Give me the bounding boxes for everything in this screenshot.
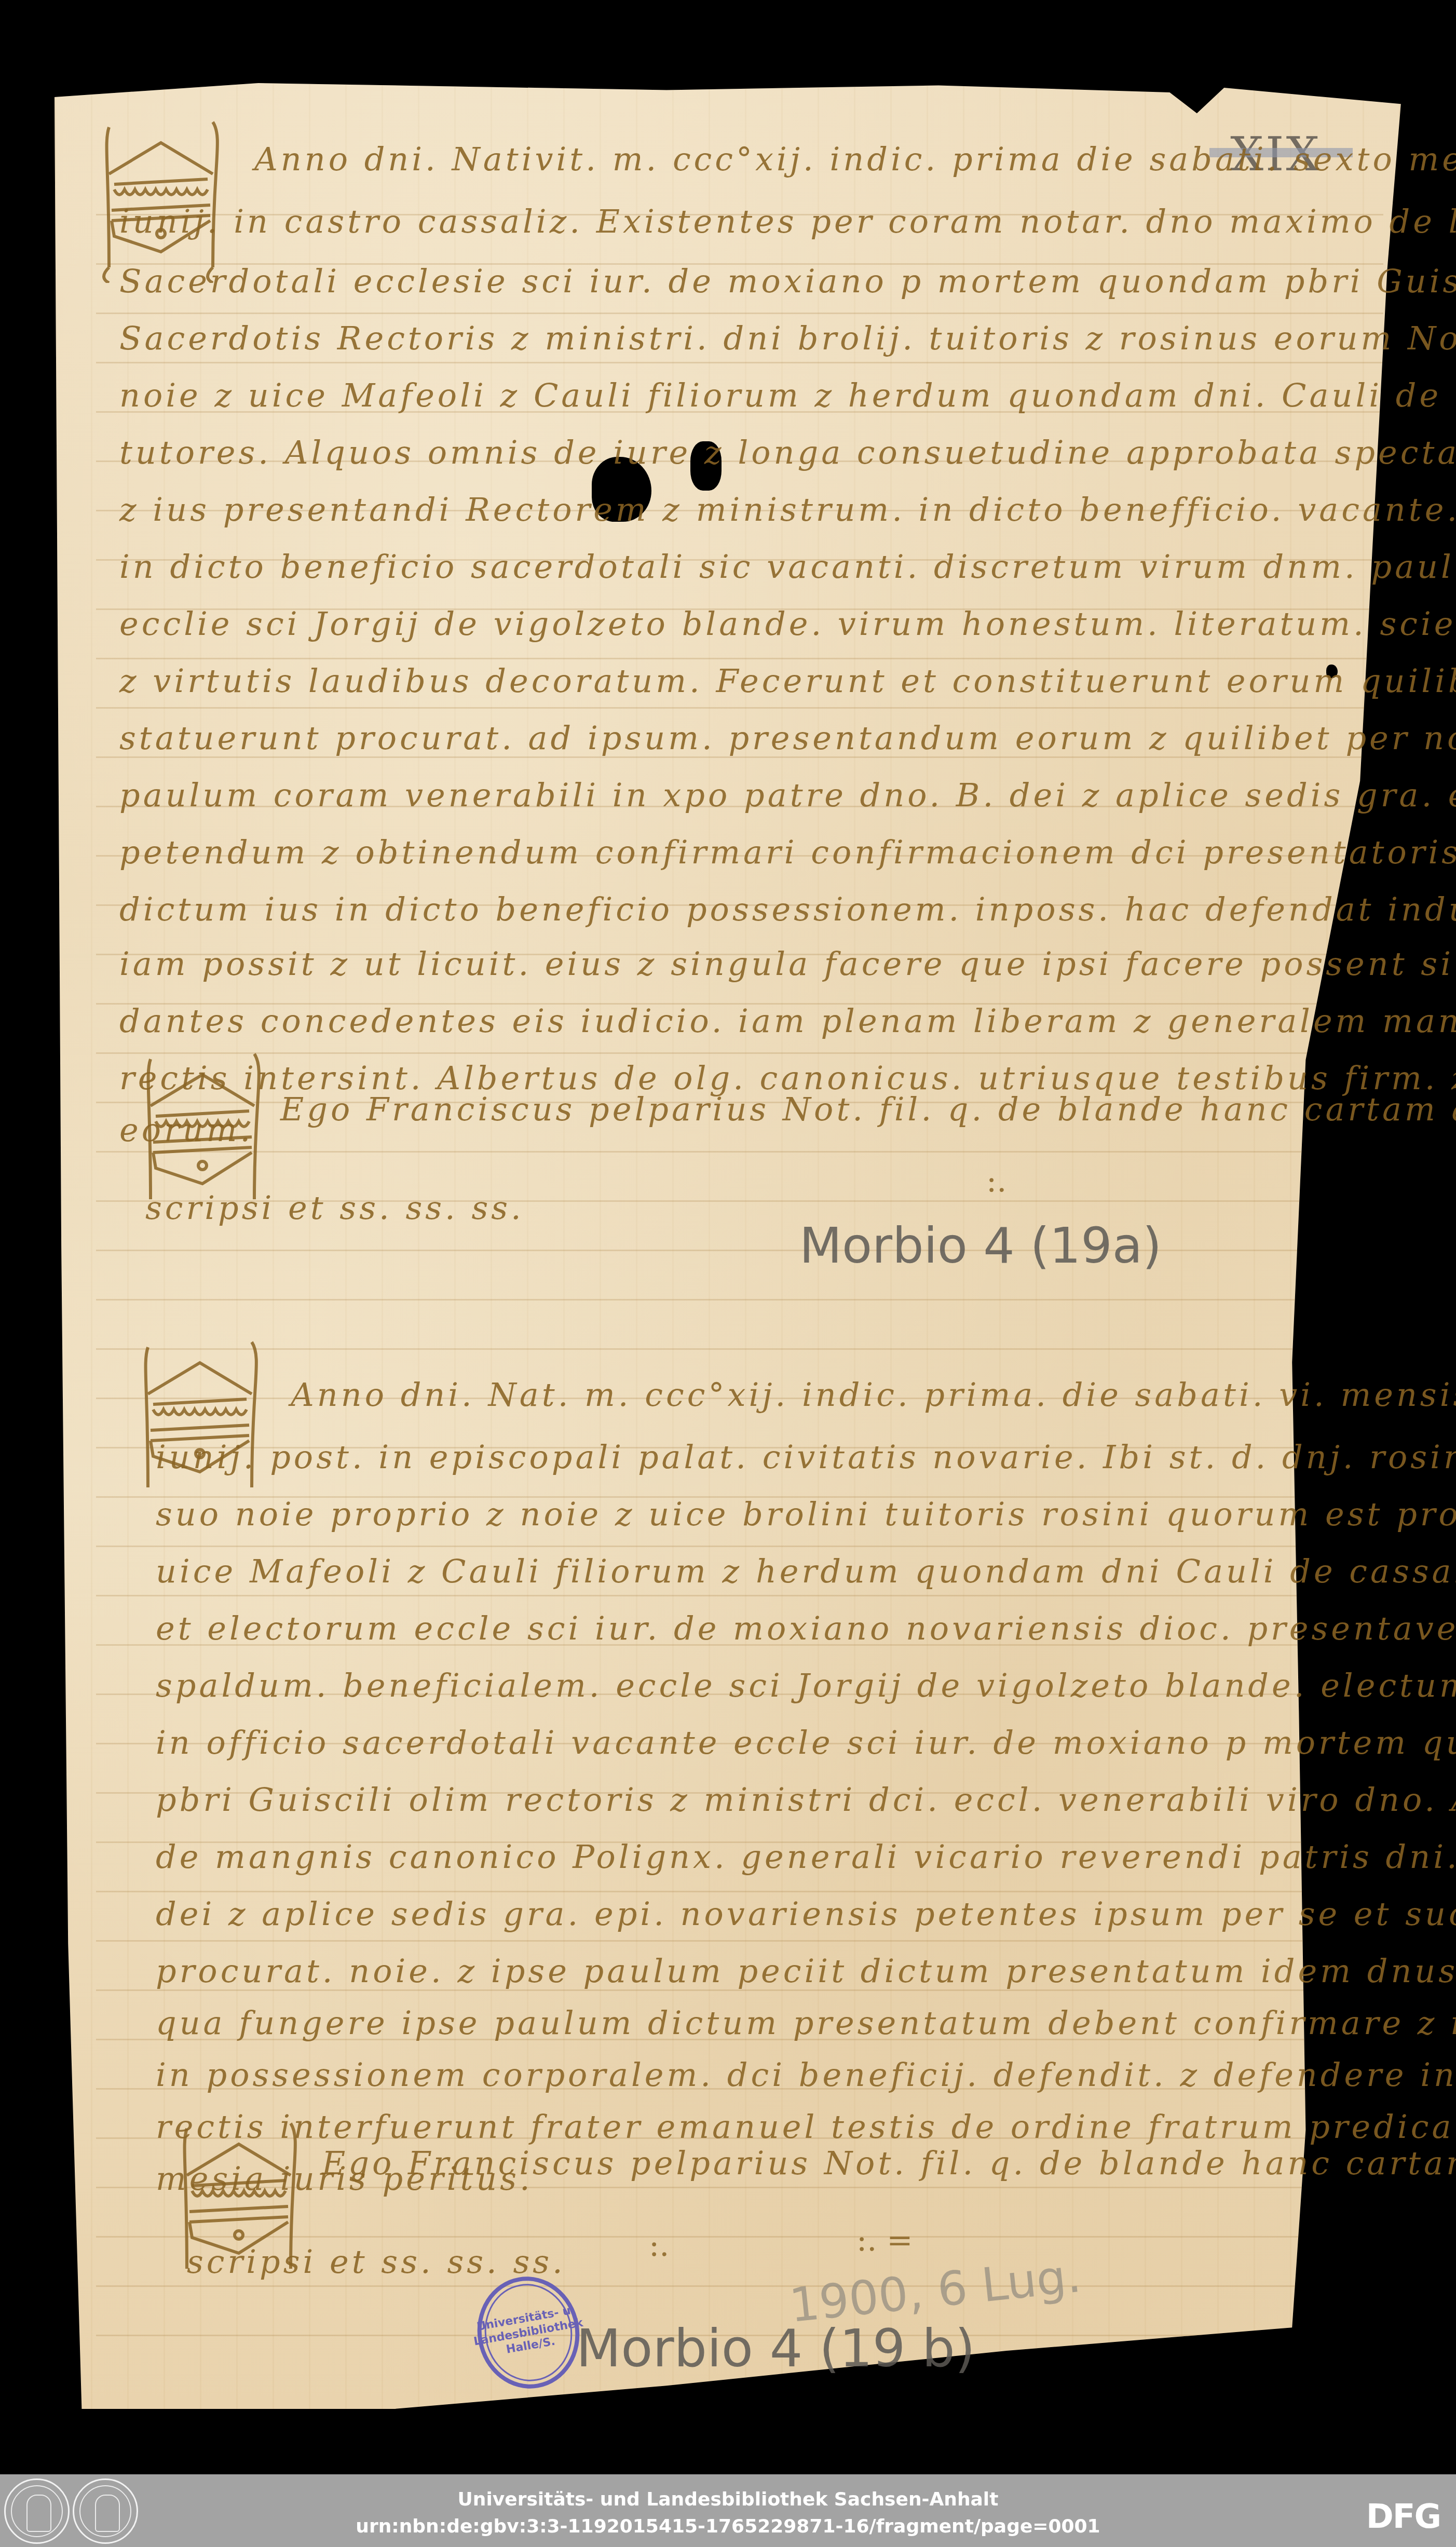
document-line: z virtutis laudibus decoratum. Fecerunt … bbox=[119, 662, 1456, 700]
document-line: in possessionem corporalem. dci benefici… bbox=[156, 2056, 1456, 2094]
document-line: de mangnis canonico Polignx. generali vi… bbox=[156, 1838, 1456, 1876]
document-line: pbri Guiscili olim rectoris z ministri d… bbox=[156, 1781, 1456, 1819]
dfg-logo: DFG bbox=[1366, 2498, 1440, 2536]
document-line: Sacerdotis Rectoris z ministri. dni brol… bbox=[119, 319, 1456, 357]
notary-signum-icon bbox=[138, 1332, 273, 1503]
document-line: Anno dni. Nativit. m. ccc°xij. indic. pr… bbox=[254, 140, 1456, 178]
document-line: iunij. post. in episcopali palat. civita… bbox=[156, 1438, 1456, 1476]
document-line: uice Mafeoli z Cauli filiorum z herdum q… bbox=[156, 1552, 1456, 1590]
document-line: procurat. noie. z ipse paulum peciit dic… bbox=[156, 1952, 1456, 1990]
pencil-shelfmark: Morbio 4 (19 b) bbox=[576, 2318, 975, 2379]
notary-subscription: Ego Franciscus pelparius Not. fil. q. de… bbox=[280, 1090, 1456, 1128]
footer-bar: Universitäts- und Landesbibliothek Sachs… bbox=[0, 2474, 1456, 2547]
document-line: paulum coram venerabili in xpo patre dno… bbox=[119, 776, 1456, 814]
document-line: dei z aplice sedis gra. epi. novariensis… bbox=[156, 1895, 1456, 1933]
notary-subscription-continuation: scripsi et ss. ss. ss. bbox=[145, 1189, 524, 1227]
notary-subscription: Ego Franciscus pelparius Not. fil. q. de… bbox=[322, 2144, 1456, 2182]
document-line: in officio sacerdotali vacante eccle sci… bbox=[156, 1724, 1456, 1762]
punctuation-marks: :. bbox=[649, 2227, 669, 2264]
pencil-shelfmark: Morbio 4 (19a) bbox=[799, 1217, 1162, 1275]
document-line: Sacerdotali ecclesie sci iur. de moxiano… bbox=[119, 262, 1456, 300]
document-viewer: XIX Anno dni. Nativit. m. ccc°xij. indic… bbox=[0, 0, 1456, 2474]
document-line: rectis interfuerunt frater emanuel testi… bbox=[156, 2108, 1456, 2146]
notary-signum-icon bbox=[99, 112, 234, 283]
document-line: et electorum eccle sci iur. de moxiano n… bbox=[156, 1609, 1456, 1647]
document-line: dictum ius in dicto beneficio possession… bbox=[119, 890, 1456, 928]
urn-identifier: urn:nbn:de:gbv:3:3-1192015415-1765229871… bbox=[0, 2516, 1456, 2537]
document-line: qua fungere ipse paulum dictum presentat… bbox=[156, 2004, 1456, 2042]
document-line: spaldum. beneficialem. eccle sci Jorgij … bbox=[156, 1667, 1456, 1704]
document-line: dantes concedentes eis iudicio. iam plen… bbox=[119, 1002, 1456, 1040]
document-line: petendum z obtinendum confirmari confirm… bbox=[119, 833, 1456, 871]
document-line: tutores. Alquos omnis de iure z longa co… bbox=[119, 433, 1456, 471]
notary-subscription-continuation: scripsi et ss. ss. ss. bbox=[187, 2243, 566, 2281]
document-line: Anno dni. Nat. m. ccc°xij. indic. prima.… bbox=[291, 1376, 1456, 1414]
institution-name: Universitäts- und Landesbibliothek Sachs… bbox=[0, 2489, 1456, 2510]
punctuation-marks: :. bbox=[986, 1163, 1006, 1199]
document-line: in dicto beneficio sacerdotali sic vacan… bbox=[119, 548, 1456, 586]
document-line: iam possit z ut licuit. eius z singula f… bbox=[119, 945, 1456, 983]
document-line: suo noie proprio z noie z uice brolini t… bbox=[156, 1495, 1456, 1533]
document-line: z ius presentandi Rectorem z ministrum. … bbox=[119, 491, 1456, 529]
document-line: statuerunt procurat. ad ipsum. presentan… bbox=[119, 719, 1456, 757]
document-line: iunij. in castro cassaliz. Existentes pe… bbox=[119, 202, 1456, 240]
document-line: ecclie sci Jorgij de vigolzeto blande. v… bbox=[119, 605, 1456, 643]
punctuation-marks: :. = bbox=[856, 2222, 913, 2258]
document-line: noie z uice Mafeoli z Cauli filiorum z h… bbox=[119, 376, 1456, 414]
